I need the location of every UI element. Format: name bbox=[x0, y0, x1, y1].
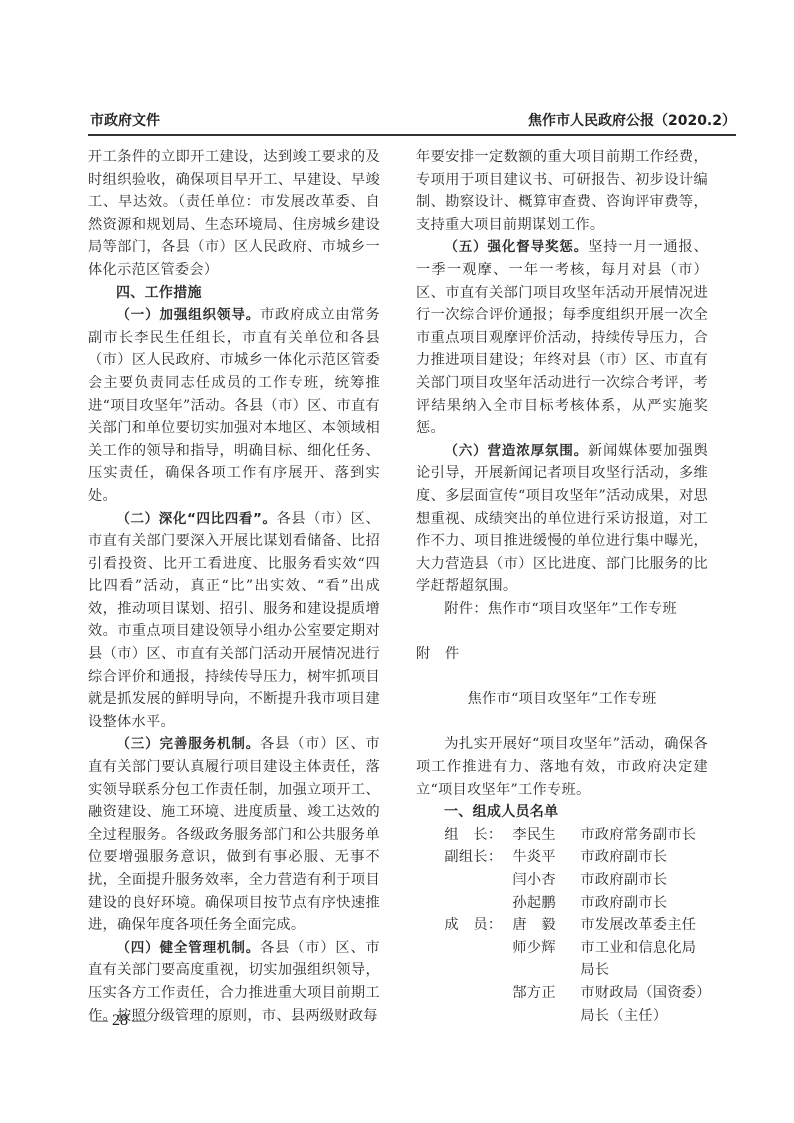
attachment-title: 焦作市“项目攻坚年”工作专班 bbox=[416, 688, 708, 711]
measure-3-title: （三）完善服务机制。 bbox=[116, 736, 260, 752]
roster-role bbox=[444, 937, 512, 982]
section-heading-roster: 一、组成人员名单 bbox=[416, 801, 708, 824]
header-section-label: 市政府文件 bbox=[90, 110, 160, 130]
measure-1-title: （一）加强组织领导。 bbox=[116, 307, 260, 323]
roster-name: 师少辉 bbox=[512, 937, 580, 982]
measure-6-text: 新闻媒体要加强舆论引导，开展新闻记者项目攻坚行活动，多维度、多层面宣传“项目攻坚… bbox=[416, 443, 708, 595]
measure-3-text: 各县（市）区、市直有关部门要认真履行项目建设主体责任，落实领导联系分包工作责任制… bbox=[88, 736, 380, 933]
roster-role: 组 长： bbox=[444, 824, 512, 847]
roster-row: 副组长：牛炎平市政府副市长 bbox=[444, 846, 708, 869]
roster-position: 市工业和信息化局局长 bbox=[580, 937, 708, 982]
roster-name: 李民生 bbox=[512, 824, 580, 847]
measure-2: （二）深化“四比四看”。各县（市）区、市直有关部门要深入开展比谋划看储备、比招引… bbox=[88, 508, 380, 734]
roster-role: 成 员： bbox=[444, 914, 512, 937]
roster-row: 成 员：唐 毅市发展改革委主任 bbox=[444, 914, 708, 937]
roster-name: 牛炎平 bbox=[512, 846, 580, 869]
measure-6-title: （六）营造浓厚氛围。 bbox=[444, 443, 588, 459]
measure-4-continued: 年要安排一定数额的重大项目前期工作经费，专项用于项目建议书、可研报告、初步设计编… bbox=[416, 146, 708, 236]
roster-name: 郜方正 bbox=[512, 982, 580, 1027]
roster-row: 组 长：李民生市政府常务副市长 bbox=[444, 824, 708, 847]
measure-4-title: （四）健全管理机制。 bbox=[116, 940, 260, 956]
roster-role bbox=[444, 869, 512, 892]
measure-5-text: 坚持一月一通报、一季一观摩、一年一考核，每月对县（市）区、市直有关部门项目攻坚年… bbox=[416, 239, 708, 436]
attachment-intro: 为扎实开展好“项目攻坚年”活动，确保各项工作推进有力、落地有效，市政府决定建立“… bbox=[416, 733, 708, 801]
roster-row: 郜方正市财政局（国资委）局长（主任） bbox=[444, 982, 708, 1027]
measure-1: （一）加强组织领导。市政府成立由常务副市长李民生任组长，市直有关单位和各县（市）… bbox=[88, 304, 380, 507]
paragraph-continued: 开工条件的立即开工建设，达到竣工要求的及时组织验收，确保项目早开工、早建设、早竣… bbox=[88, 146, 380, 282]
roster-position: 市政府常务副市长 bbox=[580, 824, 708, 847]
roster-list: 组 长：李民生市政府常务副市长 副组长：牛炎平市政府副市长 闫小杏市政府副市长 … bbox=[444, 824, 708, 1027]
attachment-label: 附 件 bbox=[416, 643, 708, 666]
roster-role bbox=[444, 982, 512, 1027]
measure-6: （六）营造浓厚氛围。新闻媒体要加强舆论引导，开展新闻记者项目攻坚行活动，多维度、… bbox=[416, 440, 708, 598]
section-heading-measures: 四、工作措施 bbox=[88, 282, 380, 305]
measure-2-title: （二）深化“四比四看”。 bbox=[116, 511, 276, 527]
page-header: 市政府文件 焦作市人民政府公报（2020.2） bbox=[88, 108, 736, 130]
measure-5: （五）强化督导奖惩。坚持一月一通报、一季一观摩、一年一考核，每月对县（市）区、市… bbox=[416, 236, 708, 439]
measure-1-text: 市政府成立由常务副市长李民生任组长，市直有关单位和各县（市）区人民政府、市城乡一… bbox=[88, 307, 380, 504]
roster-role: 副组长： bbox=[444, 846, 512, 869]
attachment-note: 附件：焦作市“项目攻坚年”工作专班 bbox=[416, 598, 708, 621]
roster-position: 市政府副市长 bbox=[580, 869, 708, 892]
roster-position: 市发展改革委主任 bbox=[580, 914, 708, 937]
roster-row: 师少辉市工业和信息化局局长 bbox=[444, 937, 708, 982]
right-column: 年要安排一定数额的重大项目前期工作经费，专项用于项目建议书、可研报告、初步设计编… bbox=[416, 146, 708, 1027]
roster-row: 闫小杏市政府副市长 bbox=[444, 869, 708, 892]
roster-name: 闫小杏 bbox=[512, 869, 580, 892]
measure-3: （三）完善服务机制。各县（市）区、市直有关部门要认真履行项目建设主体责任，落实领… bbox=[88, 733, 380, 936]
header-publication-title: 焦作市人民政府公报（2020.2） bbox=[528, 110, 736, 130]
roster-name: 唐 毅 bbox=[512, 914, 580, 937]
roster-position: 市政府副市长 bbox=[580, 846, 708, 869]
roster-position: 市政府副市长 bbox=[580, 892, 708, 915]
roster-position: 市财政局（国资委）局长（主任） bbox=[580, 982, 708, 1027]
measure-2-text: 各县（市）区、市直有关部门要深入开展比谋划看储备、比招引看投资、比开工看进度、比… bbox=[88, 511, 380, 730]
measure-5-title: （五）强化督导奖惩。 bbox=[444, 239, 588, 255]
roster-role bbox=[444, 892, 512, 915]
page-number: — 28 — bbox=[92, 1012, 148, 1030]
left-column: 开工条件的立即开工建设，达到竣工要求的及时组织验收，确保项目早开工、早建设、早竣… bbox=[88, 146, 380, 1027]
roster-name: 孙起鹏 bbox=[512, 892, 580, 915]
header-divider bbox=[88, 134, 736, 136]
roster-row: 孙起鹏市政府副市长 bbox=[444, 892, 708, 915]
